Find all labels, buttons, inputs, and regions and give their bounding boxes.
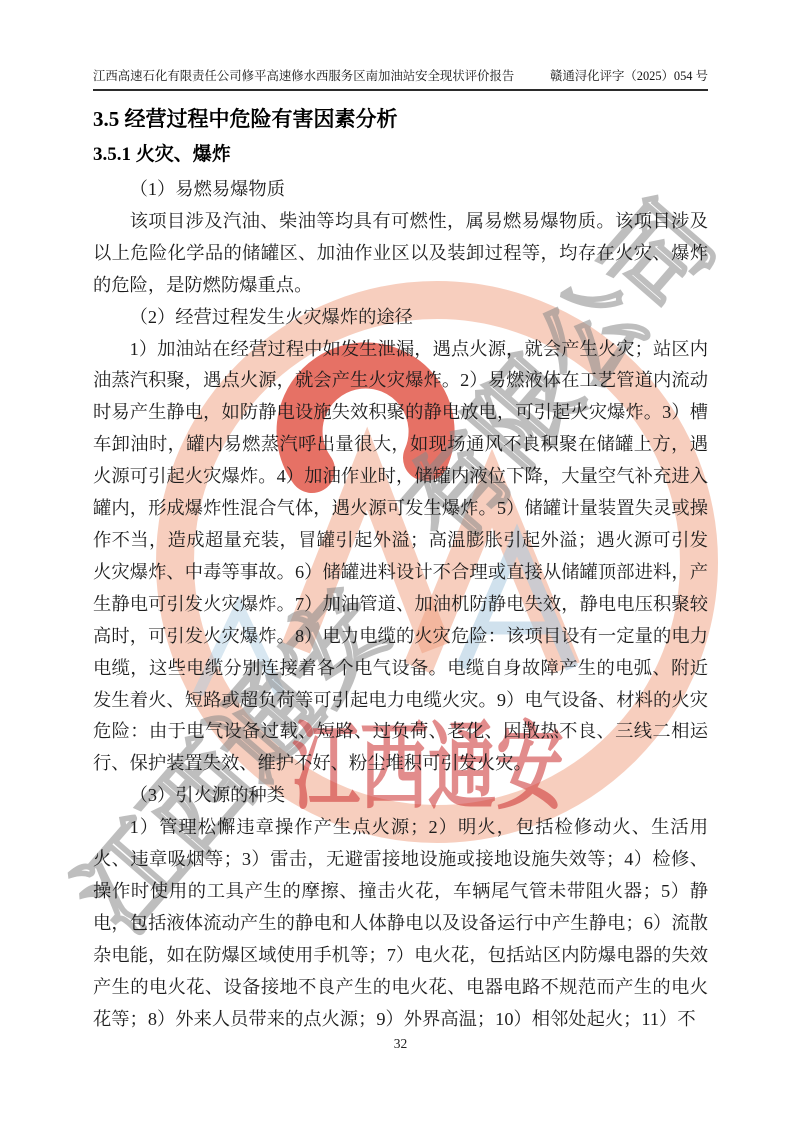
body-text: （1）易燃易爆物质 该项目涉及汽油、柴油等均具有可燃性，属易燃易爆物质。该项目涉… <box>93 174 708 1035</box>
paragraph-fire-paths-label: （2）经营过程发生火灾爆炸的途径 <box>93 302 708 334</box>
page-header: 江西高速石化有限责任公司修平高速修水西服务区南加油站安全现状评价报告 赣通浔化评… <box>93 0 708 91</box>
paragraph-flammables-body: 该项目涉及汽油、柴油等均具有可燃性，属易燃易爆物质。该项目涉及以上危险化学品的储… <box>93 206 708 302</box>
header-report-title: 江西高速石化有限责任公司修平高速修水西服务区南加油站安全现状评价报告 <box>93 66 514 84</box>
page-number: 32 <box>394 1036 408 1051</box>
paragraph-flammables-label: （1）易燃易爆物质 <box>93 174 708 206</box>
document-page: 江西通安 有限公司 江西通安 江西高速石化有限责任公司修平高速修水西服务区南加油… <box>0 0 800 1131</box>
paragraph-fire-paths-body: 1）加油站在经营过程中如发生泄漏，遇点火源，就会产生火灾；站区内油蒸汽积聚，遇点… <box>93 334 708 781</box>
section-heading: 3.5 经营过程中危险有害因素分析 <box>93 105 708 133</box>
subsection-heading: 3.5.1 火灾、爆炸 <box>93 142 708 168</box>
paragraph-ignition-label: （3）引火源的种类 <box>93 780 708 812</box>
paragraph-ignition-body: 1）管理松懈违章操作产生点火源；2）明火，包括检修动火、生活用火、违章吸烟等；3… <box>93 812 708 1035</box>
page-footer: 32 <box>93 1036 708 1052</box>
header-doc-number: 赣通浔化评字（2025）054 号 <box>550 66 708 84</box>
content-area: 江西高速石化有限责任公司修平高速修水西服务区南加油站安全现状评价报告 赣通浔化评… <box>93 0 708 1035</box>
